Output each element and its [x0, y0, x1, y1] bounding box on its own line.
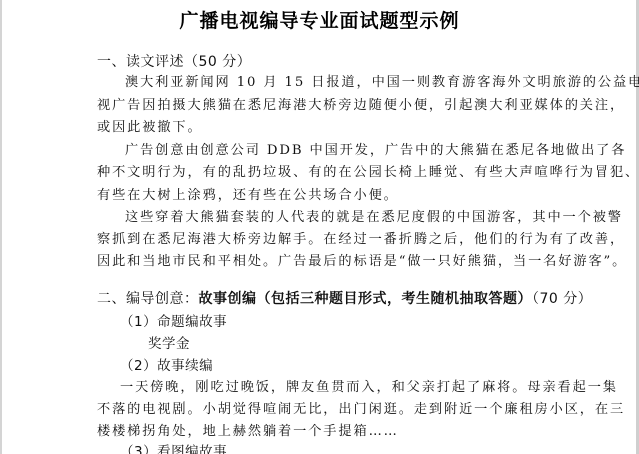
paragraph-line: 因此和当地市民和平相处。广告最后的标语是“做一只好熊猫，当一名好游客”。: [97, 250, 627, 269]
paragraph-line: 澳大利亚新闻网 10 月 15 日报道，中国一则教育游客海外文明旅游的公益电: [125, 71, 639, 90]
item2-label: （2）故事续编: [120, 354, 213, 374]
paragraph-line: 一天傍晚，刚吃过晚饭，牌友鱼贯而入，和父亲打起了麻将。母亲看起一集: [120, 376, 618, 395]
paragraph-line: 这些穿着大熊猫套装的人代表的就是在悉尼度假的中国游客，其中一个被警: [125, 206, 623, 225]
document-title: 广播电视编导专业面试题型示例: [0, 6, 639, 33]
paragraph-line: 有些在大树上涂鸦，还有些在公共场合小便。: [97, 184, 399, 203]
section2-heading-suffix: （70 分）: [532, 291, 592, 307]
item1-content: 奖学金: [148, 332, 190, 352]
paragraph-line: 广告创意由创意公司 DDB 中国开发，广告中的大熊猫在悉尼各地做出了各: [125, 139, 626, 158]
item1-label: （1）命题编故事: [120, 310, 227, 330]
section1-heading: 一、读文评述（50 分）: [97, 51, 251, 71]
paragraph-line: 楼楼梯拐角处，地上赫然躺着一个手提箱……: [97, 420, 399, 439]
paragraph-line: 或因此被撤下。: [97, 116, 203, 135]
paragraph-line: 种不文明行为，有的乱扔垃圾、有的在公园长椅上睡觉、有些大声喧哗行为冒犯、: [97, 161, 639, 180]
section2-heading-bold: 故事创编（包括三种题目形式，考生随机抽取答题）: [199, 291, 533, 307]
paragraph-line: 视广告因拍摄大熊猫在悉尼海港大桥旁边随便小便，引起澳大利亚媒体的关注，: [97, 94, 625, 113]
paragraph-line: 察抓到在悉尼海港大桥旁边解手。在经过一番折腾之后，他们的行为有了改善，: [97, 228, 625, 247]
document-page: 广播电视编导专业面试题型示例 一、读文评述（50 分） 澳大利亚新闻网 10 月…: [0, 0, 636, 454]
section2-heading: 二、编导创意：故事创编（包括三种题目形式，考生随机抽取答题）（70 分）: [97, 288, 592, 308]
item3-label: （3）看图编故事: [120, 440, 227, 454]
paragraph-line: 不落的电视剧。小胡觉得喧闹无比，出门闲逛。走到附近一个廉租房小区，在三: [97, 398, 625, 417]
section2-heading-prefix: 二、编导创意：: [97, 291, 199, 307]
